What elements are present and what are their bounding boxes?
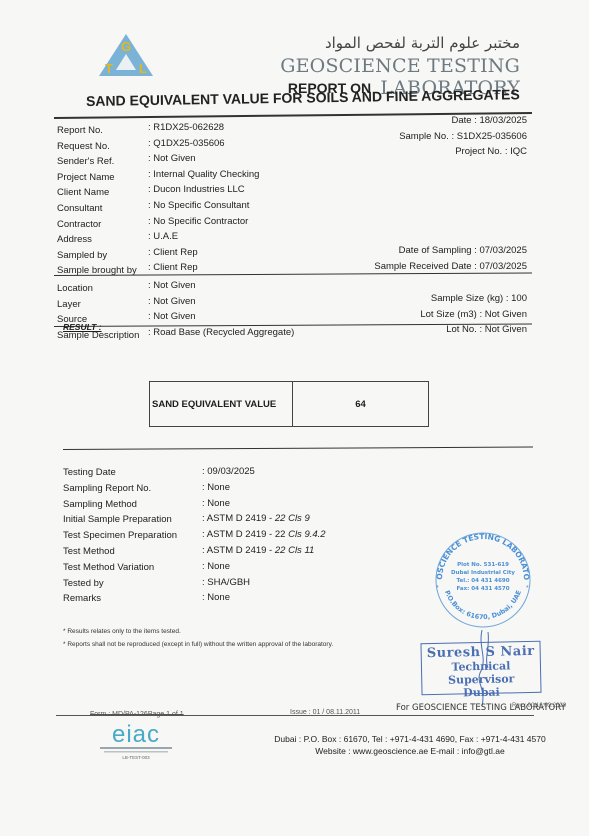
field-value-text: : Client Rep [148, 262, 198, 273]
issue-label: Issue : 01 / 08.11.2011 [290, 709, 360, 716]
field-value-text: : U.A.E [148, 231, 178, 242]
field-value-text: : Internal Quality Checking [148, 169, 259, 180]
field-value-text: : Not Given [148, 280, 196, 291]
field-value: : None [202, 592, 230, 603]
field-value-text: : Ducon Industries LLC [148, 184, 245, 195]
field-value: : None [202, 561, 230, 572]
note-1: * Results relates only to the items test… [63, 628, 181, 635]
logo-letter-t: T [105, 61, 113, 76]
field-value: : Not Given [148, 311, 196, 322]
field-value-text: : Client Rep [148, 247, 198, 258]
field-value: : ASTM D 2419 - 22 Cls 11 [202, 545, 314, 556]
field-value-text: : Not Given [148, 311, 196, 322]
field-label: Test Method Variation [63, 562, 154, 573]
field-value: : ASTM D 2419 - 22 Cls 9 [202, 513, 310, 524]
info-right-row: Date of Sampling : 07/03/2025 [399, 245, 527, 256]
field-label: Tested by [63, 578, 104, 589]
field-value-text: : ASTM D 2419 - [202, 545, 275, 556]
logo-letter-g: G [121, 39, 131, 54]
field-label: Layer [57, 299, 81, 310]
result-table: SAND EQUIVALENT VALUE 64 [149, 381, 429, 427]
field-value: : None [202, 482, 230, 493]
field-value: : SHA/GBH [202, 577, 250, 588]
field-label: Sample Size (kg) [431, 293, 503, 304]
field-label: Sampling Method [63, 499, 137, 510]
field-value: : 07/03/2025 [474, 245, 527, 256]
field-value: : ASTM D 2419 - 22 Cls 9.4.2 [202, 529, 326, 540]
field-value: : S1DX25-035606 [451, 131, 527, 142]
field-value: : Q1DX25-035606 [148, 138, 225, 149]
stamp-star-icon: * [436, 585, 439, 592]
form-number: Form : MD/PA-126Page 1 of 1 [90, 711, 184, 718]
stamp-star-icon: * [526, 585, 529, 592]
field-value-clause: Cls 9.4.2 [288, 529, 326, 540]
info-right-row: Date : 18/03/2025 [451, 115, 527, 126]
eiac-logo: eiac LB-TEST-003 [90, 720, 182, 760]
field-value-text: : R1DX25-062628 [148, 122, 224, 133]
field-value: : 100 [506, 293, 527, 304]
field-value-text: : No Specific Consultant [148, 200, 249, 211]
gtl-logo: G T L [97, 32, 155, 78]
field-label: Initial Sample Preparation [63, 514, 172, 525]
result-label: SAND EQUIVALENT VALUE [150, 382, 293, 426]
field-value-text: : 09/03/2025 [202, 466, 255, 477]
field-value: : Not Given [479, 309, 527, 320]
stamp-line-2: Dubai Industrial City [451, 570, 515, 576]
logo-letter-l: L [139, 61, 147, 76]
field-value: : U.A.E [148, 231, 178, 242]
field-value: : 07/03/2025 [474, 261, 527, 272]
result-value: 64 [293, 382, 428, 426]
field-label: Sender's Ref. [57, 156, 114, 167]
info-right-row: Project No. : IQC [455, 146, 527, 157]
field-value: : Not Given [148, 280, 196, 291]
stamp-line-1: Plot No. 531-619 [457, 562, 509, 568]
field-label: Date [451, 115, 471, 126]
field-label: Sample Received Date [374, 261, 471, 272]
field-value: : Ducon Industries LLC [148, 184, 245, 195]
field-value: : Internal Quality Checking [148, 169, 259, 180]
field-value-text: : None [202, 561, 230, 572]
field-value-text: : Q1DX25-035606 [148, 138, 225, 149]
result-heading: RESULT : [63, 322, 102, 332]
revision-label: Rev : 00/16.03.2020 [512, 703, 566, 709]
contact-web-email: Website : www.geoscience.ae E-mail : inf… [230, 745, 589, 757]
field-value: : R1DX25-062628 [148, 122, 224, 133]
contact-address: Dubai : P.O. Box : 61670, Tel : +971-4-4… [230, 733, 589, 745]
field-label: Test Specimen Preparation [63, 530, 177, 541]
field-label: Testing Date [63, 467, 116, 478]
field-value: : IQC [505, 146, 527, 157]
field-label: Contractor [57, 219, 101, 230]
field-value: : 09/03/2025 [202, 466, 255, 477]
field-label: Sampled by [57, 250, 107, 261]
field-label: Remarks [63, 593, 101, 604]
eiac-logo-text: eiac [112, 721, 160, 748]
field-label: Sample No. [399, 131, 449, 142]
field-value: : Not Given [148, 296, 196, 307]
field-value: : Not Given [148, 153, 196, 164]
field-value-text: : SHA/GBH [202, 577, 250, 588]
field-value-text: : None [202, 498, 230, 509]
field-value-text: : None [202, 592, 230, 603]
field-value: : Client Rep [148, 262, 198, 273]
field-value: : No Specific Consultant [148, 200, 249, 211]
field-value: : No Specific Contractor [148, 216, 248, 227]
field-label: Date of Sampling [399, 245, 472, 256]
field-label: Project No. [455, 146, 502, 157]
contact-block: Dubai : P.O. Box : 61670, Tel : +971-4-4… [230, 733, 589, 757]
field-label: Address [57, 234, 92, 245]
field-value: : None [202, 498, 230, 509]
field-label: Consultant [57, 203, 102, 214]
field-value: : Client Rep [148, 247, 198, 258]
field-value-text: : Road Base (Recycled Aggregate) [148, 327, 294, 338]
field-label: Lot Size (m3) [420, 309, 477, 320]
field-label: Sampling Report No. [63, 483, 151, 494]
field-label: Project Name [57, 172, 115, 183]
sample-right-row: Lot No. : Not Given [446, 324, 527, 335]
field-label: Location [57, 283, 93, 294]
field-label: Client Name [57, 187, 109, 198]
field-value-text: : None [202, 482, 230, 493]
stamp-bottom-text: P.O.Box: 61670, Dubai, UAE [443, 589, 523, 621]
field-label: Test Method [63, 546, 115, 557]
stamp-line-3: Tel.: 04 431 4690 [456, 578, 509, 584]
field-value-clause: 22 Cls 11 [275, 545, 314, 556]
field-value-text: : Not Given [148, 296, 196, 307]
stamp-line-4: Fax: 04 431 4570 [456, 586, 509, 592]
signature-scribble [470, 628, 500, 708]
sample-right-row: Lot Size (m3) : Not Given [420, 309, 527, 320]
field-value: : Road Base (Recycled Aggregate) [148, 327, 294, 338]
lab-stamp: GEOSCIENCE TESTING LABORATORY P.O.Box: 6… [428, 528, 538, 628]
note-2: * Reports shall not be reproduced (excep… [63, 641, 333, 648]
info-right-row: Sample No. : S1DX25-035606 [399, 131, 527, 142]
field-value-text: : ASTM D 2419 - [202, 513, 275, 524]
field-label: Lot No. [446, 324, 477, 335]
svg-text:P.O.Box: 61670, Dubai, UAE: P.O.Box: 61670, Dubai, UAE [443, 589, 523, 621]
info-right-row: Sample Received Date : 07/03/2025 [374, 261, 527, 272]
arabic-lab-name: مختبر علوم التربة لفحص المواد [190, 34, 520, 52]
result-divider [63, 447, 533, 450]
field-value-text: : No Specific Contractor [148, 216, 248, 227]
sample-right-row: Sample Size (kg) : 100 [431, 293, 527, 304]
field-value-text: : ASTM D 2419 - 22 [202, 529, 288, 540]
field-value: : Not Given [479, 324, 527, 335]
field-value: : 18/03/2025 [474, 115, 527, 126]
field-label: Request No. [57, 141, 110, 152]
field-value-text: : Not Given [148, 153, 196, 164]
field-label: Report No. [57, 125, 103, 136]
field-value-clause: 22 Cls 9 [275, 513, 310, 524]
eiac-accreditation-number: LB-TEST-003 [122, 755, 150, 760]
